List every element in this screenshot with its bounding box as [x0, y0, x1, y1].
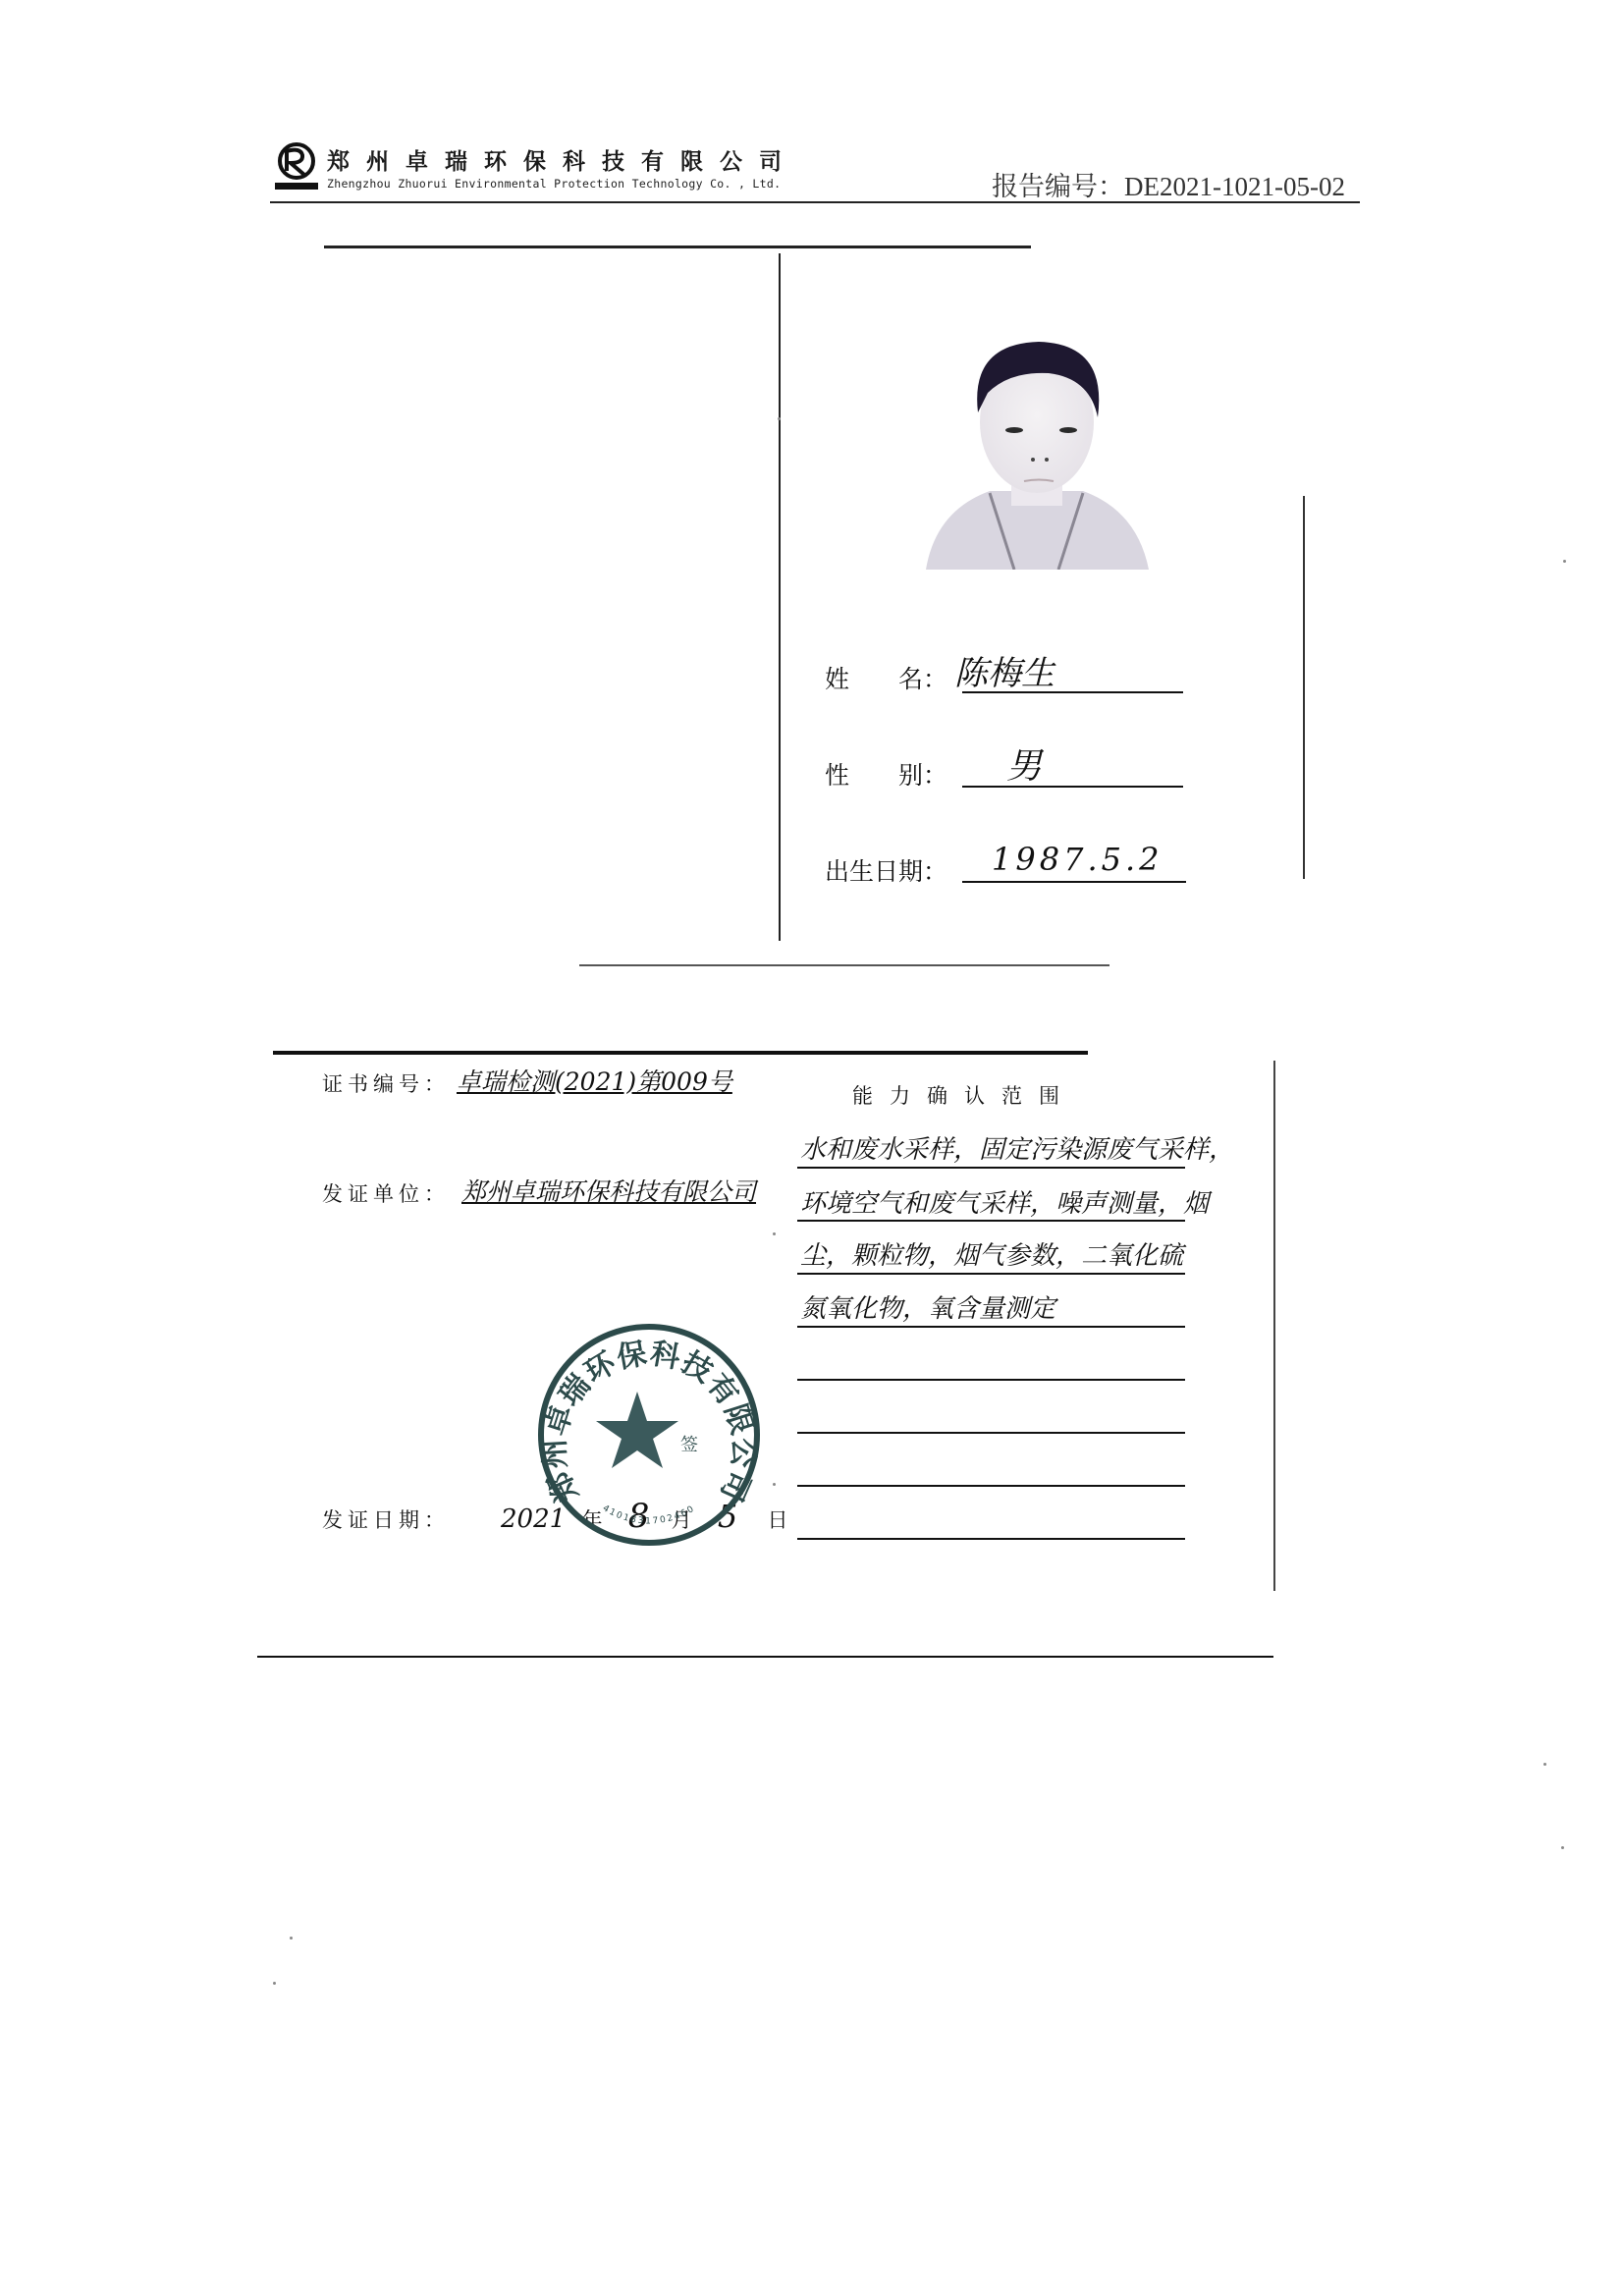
birthdate-underline: [962, 881, 1186, 883]
company-logo: [273, 141, 320, 191]
seal-serial: 4101831702460: [601, 1503, 697, 1526]
scope-rule-4: [797, 1326, 1185, 1328]
svg-text:4101831702460: 4101831702460: [601, 1503, 697, 1526]
scan-speck: [778, 417, 781, 420]
id-card-fold-line: [779, 253, 781, 941]
scan-speck: [773, 1483, 776, 1486]
scan-speck: [1563, 560, 1566, 563]
name-label: 姓 名：: [825, 660, 947, 695]
scope-line-3: 尘，颗粒物，烟气参数，二氧化硫: [800, 1235, 1183, 1272]
scope-rule-5: [797, 1379, 1185, 1381]
scope-rule-1: [797, 1167, 1185, 1169]
issue-date-label: 发证日期：: [322, 1504, 450, 1534]
id-card-right-edge: [1303, 496, 1305, 879]
scope-rule-7: [797, 1485, 1185, 1487]
scan-speck: [773, 1232, 776, 1235]
scan-speck: [273, 1982, 276, 1985]
gender-label: 性 别：: [825, 756, 947, 792]
certificate-number-label: 证书编号：: [322, 1068, 450, 1098]
scope-rule-2: [797, 1220, 1185, 1222]
gender-underline: [962, 786, 1183, 788]
id-card-bottom-edge: [579, 964, 1109, 966]
scan-speck: [1543, 1763, 1546, 1766]
report-number: 报告编号：DE2021-1021-05-02: [992, 165, 1345, 203]
birthdate-value: 1987.5.2: [992, 841, 1163, 878]
scope-rule-6: [797, 1432, 1185, 1434]
scope-line-4: 氮氧化物，氧含量测定: [800, 1288, 1055, 1325]
holder-photo: [921, 324, 1152, 570]
certificate-number-value: 卓瑞检测(2021)第009号: [457, 1063, 732, 1098]
scope-line-2: 环境空气和废气采样，噪声测量，烟: [800, 1183, 1209, 1220]
report-number-value: DE2021-1021-05-02: [1124, 172, 1345, 201]
cert-card-top-edge: [273, 1051, 1088, 1055]
scope-line-1: 水和废水采样，固定污染源废气采样，: [800, 1129, 1234, 1166]
company-name-en: Zhengzhou Zhuorui Environmental Protecti…: [327, 177, 781, 191]
scope-rule-3: [797, 1273, 1185, 1275]
seal-star-icon: [596, 1392, 678, 1468]
scan-speck: [1561, 1846, 1564, 1849]
birthdate-label: 出生日期：: [825, 852, 947, 888]
scope-rule-8: [797, 1538, 1185, 1540]
gender-value: 男: [1006, 738, 1042, 789]
header-divider: [270, 201, 1360, 203]
seal-inner-text: 签: [680, 1435, 698, 1455]
issuing-unit-value: 郑州卓瑞环保科技有限公司: [461, 1173, 756, 1208]
company-name-cn: 郑州卓瑞环保科技有限公司: [327, 143, 798, 176]
report-number-label: 报告编号：: [992, 172, 1124, 201]
name-underline: [962, 691, 1183, 693]
company-seal: 郑州卓瑞环保科技有限公司 4101831702460 签: [535, 1321, 763, 1549]
cert-card-bottom-edge: [257, 1656, 1273, 1658]
id-card-top-edge: [324, 246, 1031, 248]
scope-title: 能力确认范围: [852, 1080, 1076, 1110]
issue-day-unit: 日: [768, 1508, 788, 1532]
cert-card-right-edge: [1273, 1061, 1275, 1591]
scan-speck: [290, 1937, 293, 1940]
name-value: 陈梅生: [954, 646, 1055, 694]
issuing-unit-label: 发证单位：: [322, 1178, 450, 1208]
